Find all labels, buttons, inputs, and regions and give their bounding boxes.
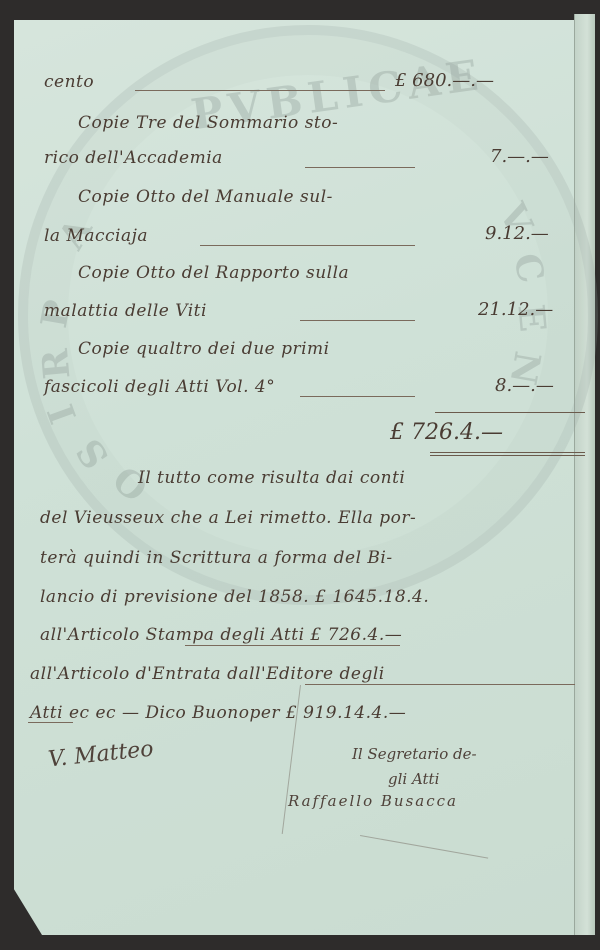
leader-line: [200, 245, 415, 246]
paragraph-line: del Vieusseux che a Lei rimetto. Ella po…: [40, 508, 416, 528]
ledger-line-text: Copie Tre del Sommario sto-: [78, 113, 338, 133]
signature-right-line: gli Atti: [388, 770, 439, 788]
ledger-line-text: la Macciaja: [44, 226, 148, 246]
paragraph-line: all'Articolo d'Entrata dall'Editore degl…: [30, 664, 385, 684]
paragraph-line: all'Articolo Stampa degli Atti £ 726.4.—: [40, 625, 402, 645]
paragraph-line: Atti ec ec — Dico Buonoper £ 919.14.4.—: [30, 703, 406, 723]
ledger-line-text: Copie Otto del Manuale sul-: [78, 187, 333, 207]
ledger-line-text: rico dell'Accademia: [44, 148, 223, 168]
ledger-total: £ 726.4.—: [390, 420, 503, 445]
underline-entrata: [305, 684, 575, 685]
ledger-amount: £ 680.—.—: [395, 70, 494, 91]
total-top-rule: [435, 412, 585, 413]
stamp-letter: R: [33, 341, 78, 380]
signature-right-line: Raffaello Busacca: [288, 792, 458, 810]
ledger-line-text: fascicoli degli Atti Vol. 4°: [44, 377, 275, 397]
total-bottom-rule: [430, 452, 585, 453]
signature-right-line: Il Segretario de-: [352, 745, 477, 763]
leader-line: [300, 320, 415, 321]
page-fold-edge: [574, 14, 595, 935]
leader-line: [135, 90, 385, 91]
ledger-amount: 21.12.—: [478, 299, 553, 320]
ledger-amount: 7.—.—: [490, 146, 549, 167]
paragraph-line: lancio di previsione del 1858. £ 1645.18…: [40, 587, 429, 607]
paragraph-line: terà quindi in Scrittura a forma del Bi-: [40, 548, 393, 568]
underline-stampa: [185, 645, 400, 646]
ledger-amount: 9.12.—: [485, 223, 549, 244]
ledger-line-text: malattia delle Viti: [44, 301, 207, 321]
ledger-line-text: Copie Otto del Rapporto sulla: [78, 263, 349, 283]
leader-line: [300, 396, 415, 397]
ledger-line-text: Copie qualtro dei due primi: [78, 339, 330, 359]
paragraph-line: Il tutto come risulta dai conti: [138, 468, 405, 488]
total-bottom-rule-2: [430, 455, 585, 456]
leader-line: [305, 167, 415, 168]
ledger-amount: 8.—.—: [495, 375, 554, 396]
underline-atti: [28, 722, 73, 723]
ledger-line-text: cento: [44, 72, 94, 92]
